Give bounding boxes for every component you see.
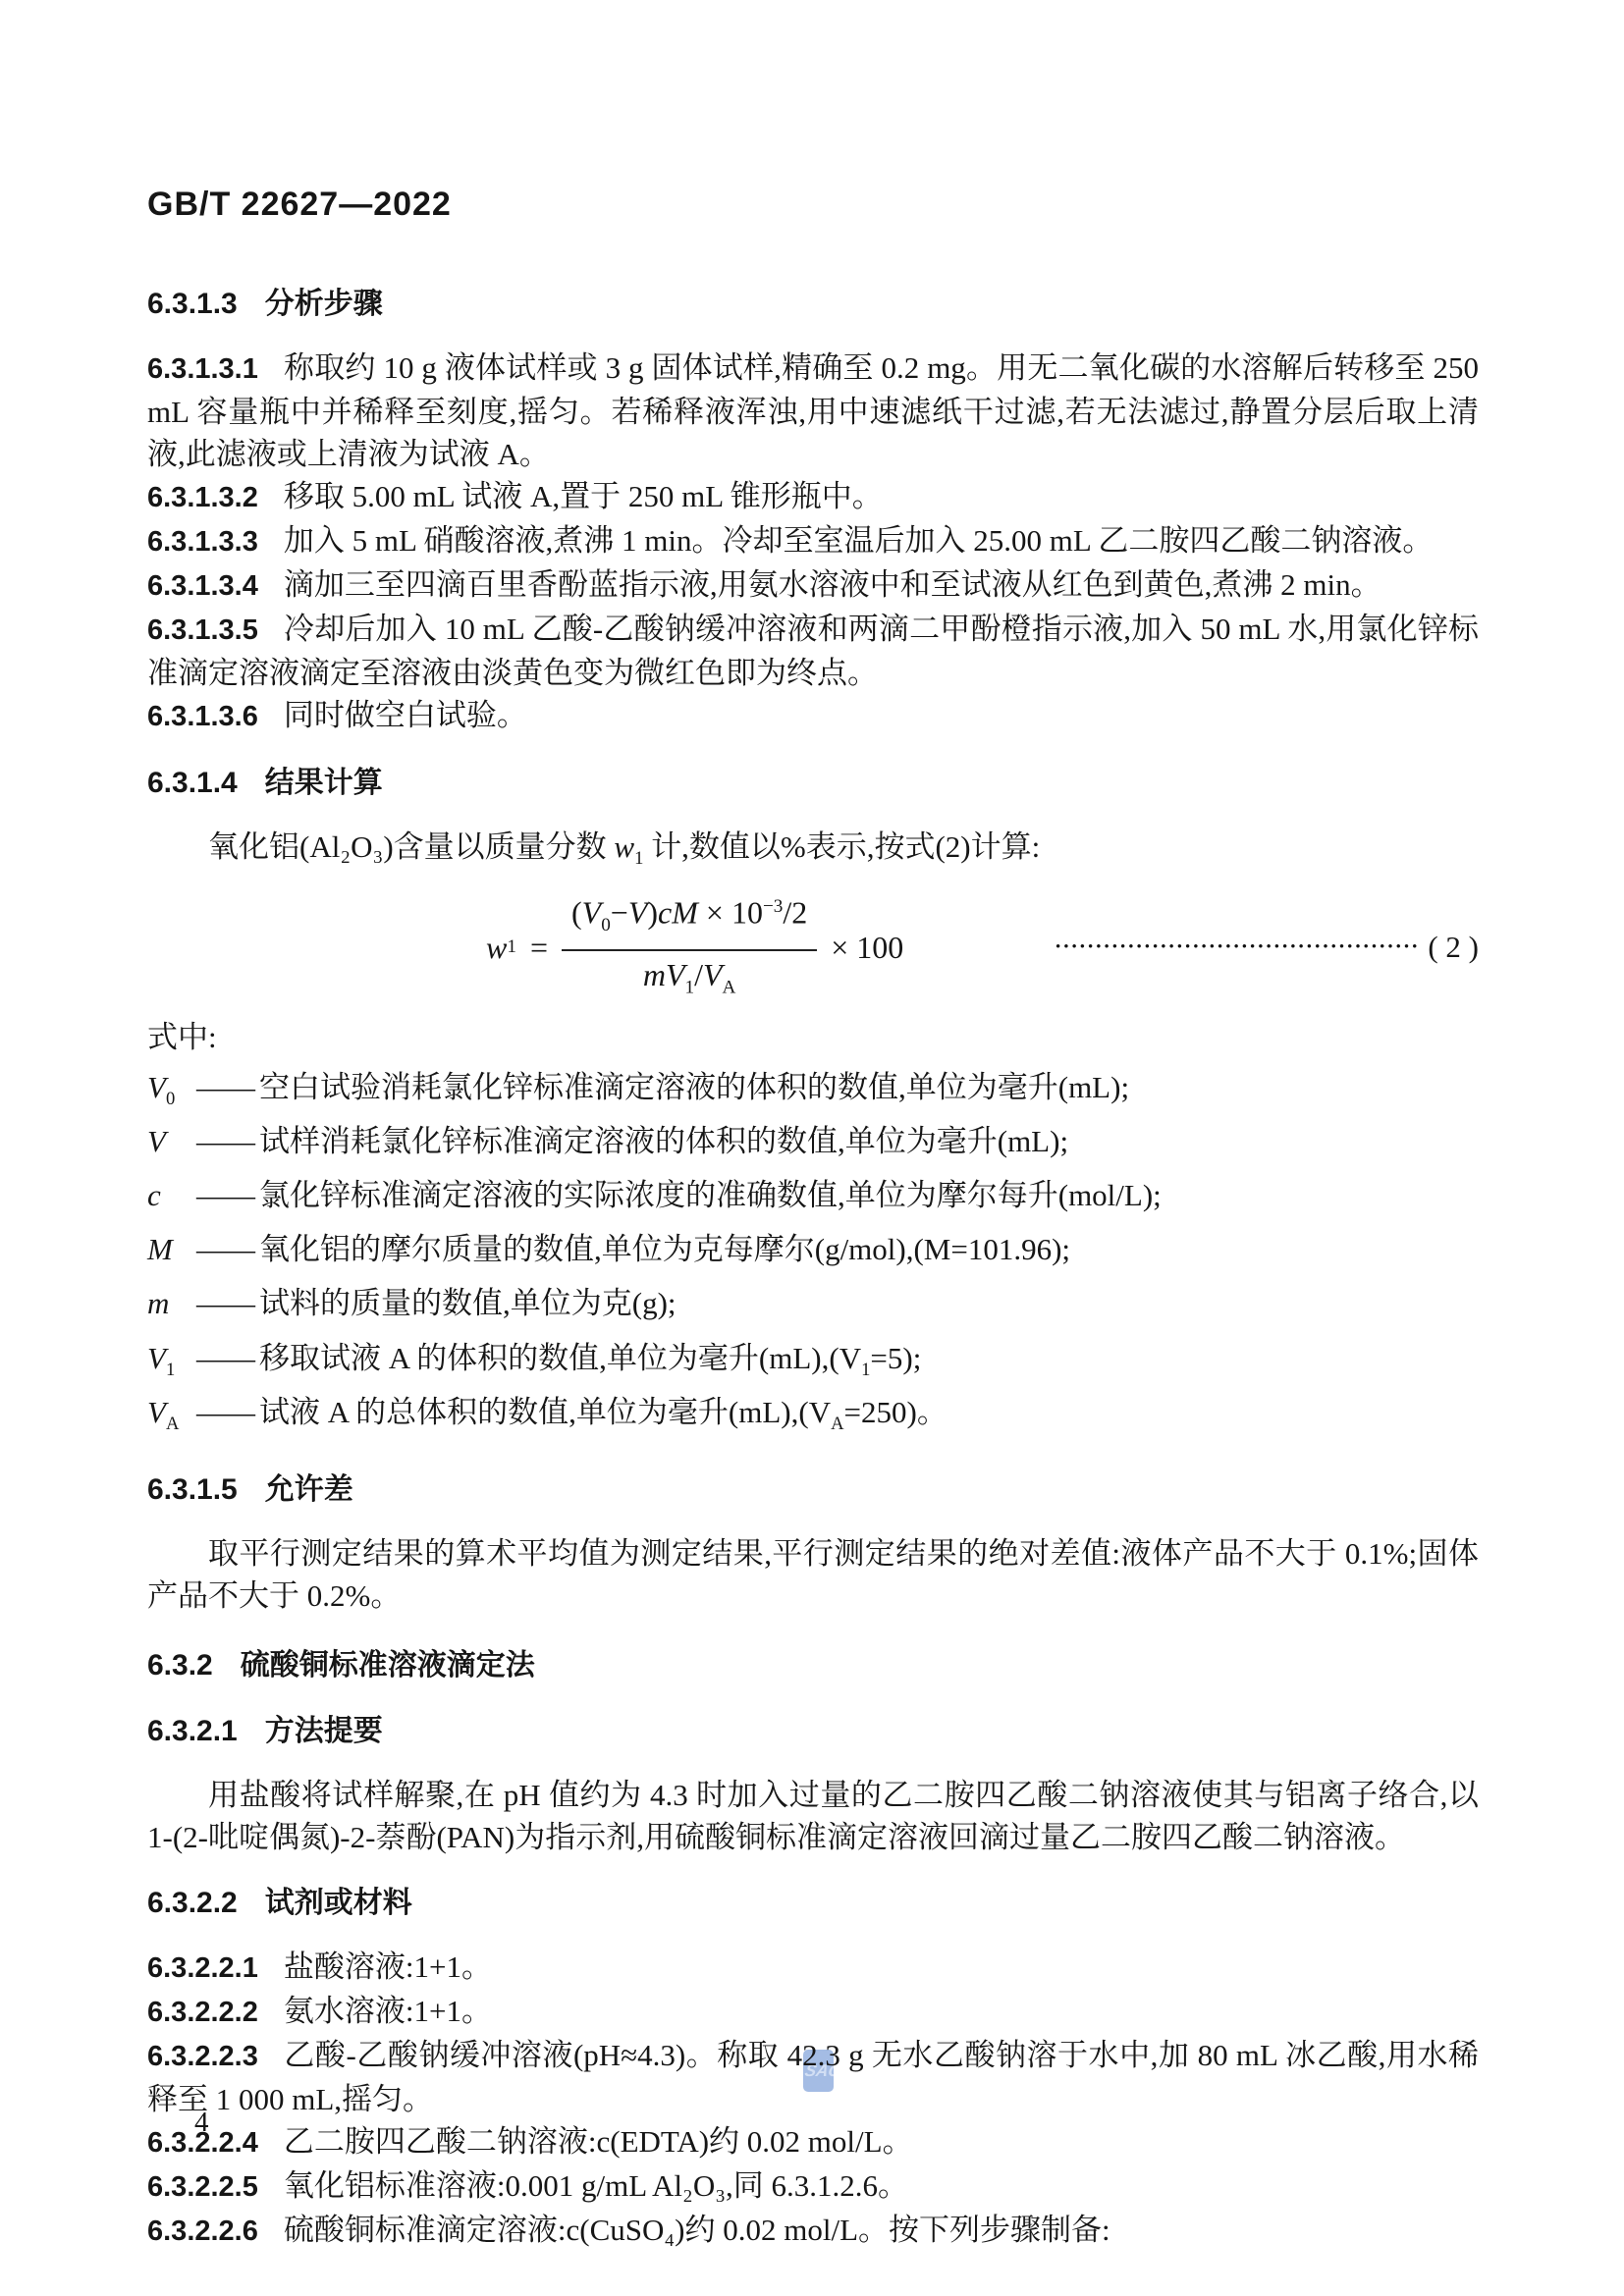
- variable-M: M: [672, 895, 698, 931]
- variable-V: V: [628, 895, 648, 931]
- heading-number: 6.3.2.2: [147, 1887, 238, 1919]
- heading-number: 6.3.1.5: [147, 1473, 238, 1506]
- definition-row-M: M —— 氧化铝的摩尔质量的数值,单位为克每摩尔(g/mol),(M=101.9…: [147, 1228, 1479, 1282]
- definition-row-V: V —— 试样消耗氯化锌标准滴定溶液的体积的数值,单位为毫升(mL);: [147, 1120, 1479, 1174]
- definition-dash: ——: [196, 1337, 253, 1391]
- clause-text: 硫酸铜标准滴定溶液:c(CuSO₄)约 0.02 mol/L。按下列步骤制备:: [284, 2213, 1110, 2247]
- definition-symbol: c: [147, 1174, 196, 1228]
- clause-number: 6.3.2.2.1: [147, 1952, 258, 1984]
- clause-6-3-1-3-2: 6.3.1.3.2移取 5.00 mL 试液 A,置于 250 mL 锥形瓶中。: [147, 475, 1479, 519]
- definition-desc-sub: A: [831, 1414, 843, 1434]
- clause-6-3-1-3-1: 6.3.1.3.1称取约 10 g 液体试样或 3 g 固体试样,精确至 0.2…: [147, 347, 1479, 475]
- section-heading-6-3-1-5: 6.3.1.5允许差: [147, 1468, 1479, 1511]
- definition-row-V1: V1 —— 移取试液 A 的体积的数值,单位为毫升(mL),(V1=5);: [147, 1337, 1479, 1391]
- definition-desc: 试液 A 的总体积的数值,单位为毫升(mL),(V: [259, 1395, 831, 1429]
- clause-number: 6.3.1.3.6: [147, 701, 258, 732]
- definition-row-c: c —— 氯化锌标准滴定溶液的实际浓度的准确数值,单位为摩尔每升(mol/L);: [147, 1174, 1479, 1228]
- section-heading-6-3-2-2: 6.3.2.2试剂或材料: [147, 1882, 1479, 1924]
- heading-title: 结果计算: [265, 767, 383, 799]
- clause-number: 6.3.1.3.1: [147, 353, 258, 385]
- definition-row-V0: V0 —— 空白试验消耗氯化锌标准滴定溶液的体积的数值,单位为毫升(mL);: [147, 1066, 1479, 1120]
- clause-text: 冷却后加入 10 mL 乙酸-乙酸钠缓冲溶液和两滴二甲酚橙指示液,加入 50 m…: [147, 612, 1479, 690]
- clause-6-3-1-3-6: 6.3.1.3.6同时做空白试验。: [147, 694, 1479, 738]
- variable-c: c: [658, 895, 672, 931]
- heading-number: 6.3.2: [147, 1649, 213, 1682]
- definition-symbol: V1: [147, 1337, 196, 1391]
- definition-dash: ——: [196, 1282, 253, 1336]
- symbol: c: [147, 1178, 161, 1212]
- sub-0: 0: [601, 915, 611, 935]
- formula-lhs: w: [486, 930, 507, 966]
- symbol: V: [147, 1395, 166, 1429]
- variable-VA: V: [703, 957, 723, 992]
- sub-1: 1: [685, 978, 695, 998]
- standard-document-page: { "page": { "standard_code": "GB/T 22627…: [0, 0, 1624, 2296]
- symbol: V: [147, 1124, 166, 1158]
- formula-lhs-sub: 1: [507, 936, 516, 958]
- definition-symbol: VA: [147, 1391, 196, 1445]
- definition-text: 移取试液 A 的体积的数值,单位为毫升(mL),(V1=5);: [259, 1337, 1479, 1391]
- definition-dash: ——: [196, 1228, 253, 1282]
- times-100: × 100: [831, 930, 903, 966]
- variable-V0: V: [582, 895, 602, 931]
- clause-text: 移取 5.00 mL 试液 A,置于 250 mL 锥形瓶中。: [284, 479, 883, 513]
- clause-number: 6.3.1.3.2: [147, 482, 258, 513]
- definition-desc: 空白试验消耗氯化锌标准滴定溶液的体积的数值,单位为毫升(mL);: [259, 1070, 1129, 1104]
- calculation-intro: 氧化铝(Al₂O₃)含量以质量分数 w1 计,数值以%表示,按式(2)计算:: [147, 826, 1479, 880]
- section-heading-6-3-1-4: 6.3.1.4结果计算: [147, 762, 1479, 804]
- exponent: −3: [763, 896, 783, 917]
- definition-dash: ——: [196, 1066, 253, 1120]
- clause-text: 加入 5 mL 硝酸溶液,煮沸 1 min。冷却至室温后加入 25.00 mL …: [284, 523, 1434, 558]
- heading-title: 分析步骤: [265, 288, 383, 320]
- definition-desc: 氧化铝的摩尔质量的数值,单位为克每摩尔(g/mol),(M=101.96);: [259, 1232, 1070, 1266]
- dotted-leader: ••••••••••••••••••••••••••••••••••••••••…: [911, 939, 1420, 956]
- equation-2: w1 = (V0−V)cM × 10−3/2 mV1/VA × 100 ••••…: [147, 885, 1479, 1009]
- symbol: V: [147, 1070, 166, 1104]
- page-number: 4: [194, 2107, 209, 2139]
- clause-text: 同时做空白试验。: [284, 698, 527, 732]
- clause-text: 乙二胺四乙酸二钠溶液:c(EDTA)约 0.02 mol/L。: [284, 2124, 913, 2159]
- clause-text: 滴加三至四滴百里香酚蓝指示液,用氨水溶液中和至试液从红色到黄色,煮沸 2 min…: [284, 567, 1381, 602]
- clause-number: 6.3.2.2.6: [147, 2216, 258, 2247]
- variable-w: w: [614, 829, 634, 864]
- section-heading-6-3-2-1: 6.3.2.1方法提要: [147, 1710, 1479, 1752]
- paren: ): [647, 895, 658, 931]
- definition-symbol: V0: [147, 1066, 196, 1120]
- definition-text: 试料的质量的数值,单位为克(g);: [259, 1282, 1479, 1336]
- times-ten: × 10: [698, 895, 763, 931]
- definition-desc: =250)。: [844, 1395, 947, 1429]
- definition-desc: 试样消耗氯化锌标准滴定溶液的体积的数值,单位为毫升(mL);: [259, 1124, 1068, 1158]
- clause-number: 6.3.2.2.5: [147, 2171, 258, 2203]
- clause-number: 6.3.1.3.5: [147, 614, 258, 646]
- definition-symbol: m: [147, 1282, 196, 1336]
- definition-text: 试液 A 的总体积的数值,单位为毫升(mL),(VA=250)。: [259, 1391, 1479, 1445]
- document-content: GB/T 22627—2022 6.3.1.3分析步骤 6.3.1.3.1称取约…: [147, 0, 1479, 2253]
- definition-text: 氯化锌标准滴定溶液的实际浓度的准确数值,单位为摩尔每升(mol/L);: [259, 1174, 1479, 1228]
- standard-code-header: GB/T 22627—2022: [147, 185, 1479, 224]
- fraction-numerator: (V0−V)cM × 10−3/2: [562, 885, 817, 949]
- heading-number: 6.3.2.1: [147, 1715, 238, 1747]
- symbol-sub: A: [166, 1414, 179, 1434]
- clause-text: 氨水溶液:1+1。: [284, 1994, 492, 2028]
- calc-intro-text: 氧化铝(Al₂O₃)含量以质量分数: [208, 829, 614, 864]
- clause-number: 6.3.2.2.2: [147, 1997, 258, 2028]
- section-heading-6-3-1-3: 6.3.1.3分析步骤: [147, 283, 1479, 325]
- clause-6-3-2-2-3: 6.3.2.2.3乙酸-乙酸钠缓冲溶液(pH≈4.3)。称取 42.3 g 无水…: [147, 2034, 1479, 2120]
- clause-number: 6.3.1.3.4: [147, 570, 258, 602]
- symbol: M: [147, 1232, 173, 1266]
- where-label: 式中:: [147, 1016, 1479, 1058]
- equation-number: ( 2 ): [1428, 930, 1479, 965]
- definition-dash: ——: [196, 1174, 253, 1228]
- definition-text: 试样消耗氯化锌标准滴定溶液的体积的数值,单位为毫升(mL);: [259, 1120, 1479, 1174]
- slash: /: [694, 957, 703, 992]
- minus-sign: −: [611, 895, 628, 931]
- clause-6-3-2-2-2: 6.3.2.2.2氨水溶液:1+1。: [147, 1990, 1479, 2034]
- symbol-sub: 0: [166, 1089, 175, 1109]
- definition-desc: =5);: [870, 1341, 921, 1375]
- clause-6-3-1-3-3: 6.3.1.3.3加入 5 mL 硝酸溶液,煮沸 1 min。冷却至室温后加入 …: [147, 519, 1479, 563]
- definition-desc-sub: 1: [861, 1360, 870, 1380]
- fraction: (V0−V)cM × 10−3/2 mV1/VA: [562, 885, 817, 1009]
- symbol: m: [147, 1286, 169, 1320]
- symbol: V: [147, 1341, 166, 1375]
- sub-A: A: [723, 978, 736, 998]
- fraction-denominator: mV1/VA: [562, 949, 817, 1009]
- definition-text: 空白试验消耗氯化锌标准滴定溶液的体积的数值,单位为毫升(mL);: [259, 1066, 1479, 1120]
- definition-row-m: m —— 试料的质量的数值,单位为克(g);: [147, 1282, 1479, 1336]
- calc-intro-text: 计,数值以%表示,按式(2)计算:: [643, 829, 1040, 864]
- heading-title: 试剂或材料: [265, 1887, 412, 1919]
- heading-number: 6.3.1.4: [147, 767, 238, 799]
- clause-6-3-2-2-1: 6.3.2.2.1盐酸溶液:1+1。: [147, 1946, 1479, 1990]
- paren: (: [571, 895, 582, 931]
- symbol-sub: 1: [166, 1360, 175, 1380]
- clause-text: 盐酸溶液:1+1。: [284, 1949, 492, 1984]
- definitions-list: V0 —— 空白试验消耗氯化锌标准滴定溶液的体积的数值,单位为毫升(mL); V…: [147, 1066, 1479, 1445]
- definition-symbol: V: [147, 1120, 196, 1174]
- heading-title: 硫酸铜标准溶液滴定法: [241, 1649, 535, 1682]
- clause-text: 称取约 10 g 液体试样或 3 g 固体试样,精确至 0.2 mg。用无二氧化…: [147, 350, 1479, 471]
- clause-text: 乙酸-乙酸钠缓冲溶液(pH≈4.3)。称取 42.3 g 无水乙酸钠溶于水中,加…: [147, 2038, 1479, 2116]
- variable-m: m: [643, 957, 666, 992]
- heading-title: 允许差: [265, 1473, 353, 1506]
- clause-6-3-1-3-4: 6.3.1.3.4滴加三至四滴百里香酚蓝指示液,用氨水溶液中和至试液从红色到黄色…: [147, 563, 1479, 608]
- definition-symbol: M: [147, 1228, 196, 1282]
- heading-number: 6.3.1.3: [147, 288, 238, 320]
- clause-number: 6.3.1.3.3: [147, 526, 258, 558]
- divide-by-2: /2: [783, 895, 807, 931]
- definition-row-VA: VA —— 试液 A 的总体积的数值,单位为毫升(mL),(VA=250)。: [147, 1391, 1479, 1445]
- variable-w-sub: 1: [634, 848, 643, 869]
- heading-title: 方法提要: [265, 1715, 383, 1747]
- clause-6-3-2-2-5: 6.3.2.2.5氧化铝标准溶液:0.001 g/mL Al₂O₃,同 6.3.…: [147, 2164, 1479, 2209]
- clause-number: 6.3.2.2.3: [147, 2041, 258, 2072]
- clause-6-3-1-3-5: 6.3.1.3.5冷却后加入 10 mL 乙酸-乙酸钠缓冲溶液和两滴二甲酚橙指示…: [147, 608, 1479, 694]
- definition-text: 氧化铝的摩尔质量的数值,单位为克每摩尔(g/mol),(M=101.96);: [259, 1228, 1479, 1282]
- section-heading-6-3-2: 6.3.2硫酸铜标准溶液滴定法: [147, 1644, 1479, 1686]
- definition-desc: 试料的质量的数值,单位为克(g);: [259, 1286, 677, 1320]
- clause-6-3-2-2-4: 6.3.2.2.4乙二胺四乙酸二钠溶液:c(EDTA)约 0.02 mol/L。: [147, 2120, 1479, 2164]
- clause-text: 氧化铝标准溶液:0.001 g/mL Al₂O₃,同 6.3.1.2.6。: [284, 2168, 908, 2203]
- equation-expression: w1 = (V0−V)cM × 10−3/2 mV1/VA × 100: [486, 885, 903, 1009]
- variable-V1: V: [666, 957, 685, 992]
- definition-desc: 氯化锌标准滴定溶液的实际浓度的准确数值,单位为摩尔每升(mol/L);: [259, 1178, 1162, 1212]
- method-summary-paragraph: 用盐酸将试样解聚,在 pH 值约为 4.3 时加入过量的乙二胺四乙酸二钠溶液使其…: [147, 1774, 1479, 1858]
- clause-6-3-2-2-6: 6.3.2.2.6硫酸铜标准滴定溶液:c(CuSO₄)约 0.02 mol/L。…: [147, 2209, 1479, 2253]
- definition-dash: ——: [196, 1120, 253, 1174]
- tolerance-paragraph: 取平行测定结果的算术平均值为测定结果,平行测定结果的绝对差值:液体产品不大于 0…: [147, 1532, 1479, 1617]
- definition-desc: 移取试液 A 的体积的数值,单位为毫升(mL),(V: [259, 1341, 861, 1375]
- definition-dash: ——: [196, 1391, 253, 1445]
- equals-sign: =: [530, 930, 548, 966]
